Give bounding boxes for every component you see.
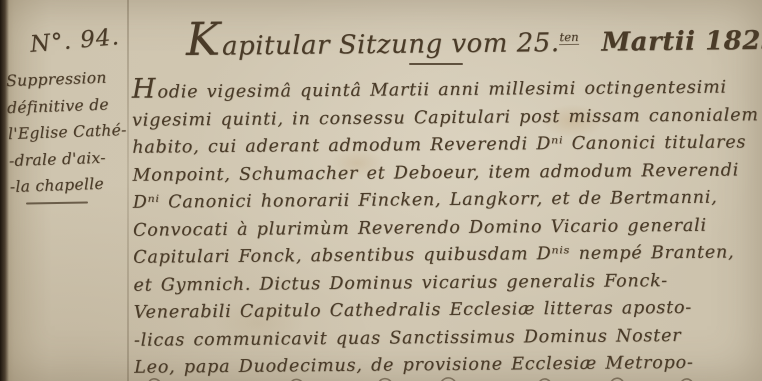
session-title: Kapitular Sitzung vom 25.ten Martii 1825… [186,7,759,66]
margin-note-line: définitive de [7,90,128,121]
manuscript-page: N°. 94. Suppressiondéfinitive del'Eglise… [0,0,762,381]
title-underline [409,63,463,65]
margin-note-line: l'Eglise Cathé- [8,117,129,148]
margin-note: Suppressiondéfinitive del'Eglise Cathé--… [6,64,131,201]
margin-note-rule [26,201,88,204]
body-text-line: Hodie vigesimâ quintâ Martii anni milles… [132,70,761,107]
date-ordinal-superscript: ten [559,30,578,45]
session-title-date: Martii 1825. [601,26,762,58]
minutes-body: Hodie vigesimâ quintâ Martii anni milles… [132,70,762,381]
cut-off-next-line-fragment [140,374,740,381]
book-binding-edge [0,0,9,381]
margin-note-line: Suppression [6,64,127,95]
margin-note-line: -la chapelle [9,170,130,201]
session-title-text: Kapitular Sitzung vom 25. [186,9,560,66]
entry-number: N°. 94. [29,24,121,58]
margin-note-line: -drale d'aix- [8,143,129,174]
